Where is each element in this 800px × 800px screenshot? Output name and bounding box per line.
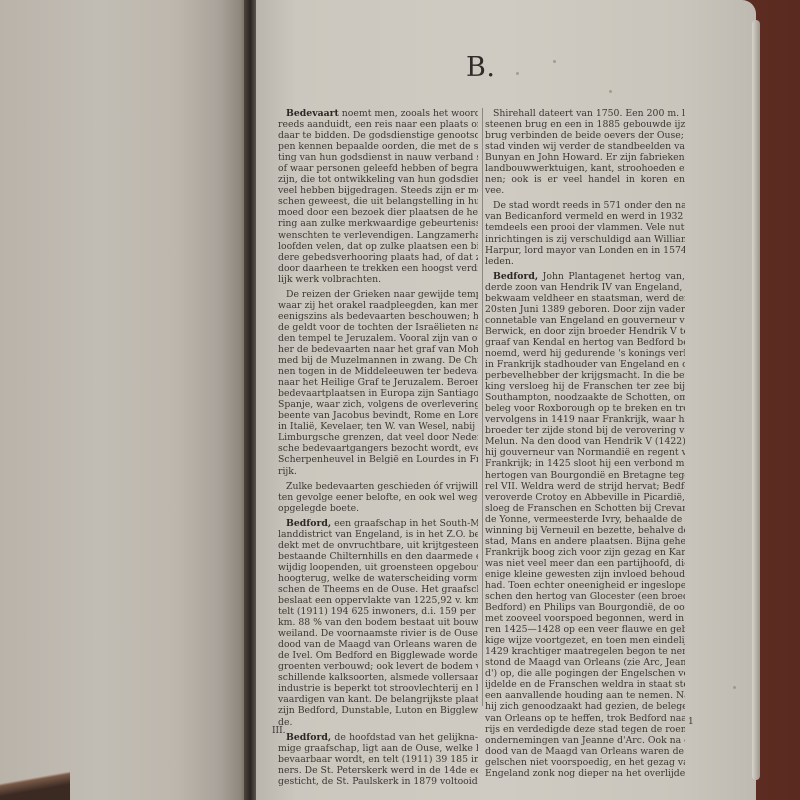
text-line: rijs en verdedigde deze stad tegen de ro… — [485, 724, 685, 735]
line-text: zijn, die tot ontwikkeling van hun godsd… — [278, 174, 478, 185]
line-text: zijn Bedford, Dunstable, Luton en Biggle… — [278, 705, 478, 716]
text-line: ijdelde en de Franschen weldra in staat … — [485, 679, 685, 690]
line-text: bestaande Chilternhills en den daarmede … — [278, 551, 478, 562]
text-line: sche bedevaartgangers bezocht wordt, eve… — [278, 443, 478, 454]
text-line: king versloeg hij de Franschen ter zee b… — [485, 381, 685, 392]
line-text: Frankrijk; in 1425 sloot hij een verbond… — [485, 458, 685, 469]
line-text: enige kleine gewesten zijn invloed behou… — [485, 569, 685, 580]
entry-block: Bedford, een graafschap in het South-Mid… — [278, 518, 478, 728]
line-text: dood van de Maagd van Orleans waren de E… — [485, 746, 685, 757]
text-line: De reizen der Grieken naar gewijde tempe… — [278, 289, 478, 300]
text-line: stond de Maagd van Orleans (zie Arc, Jea… — [485, 657, 685, 668]
text-line: in Frankrijk stadhouder van Engeland en … — [485, 359, 685, 370]
text-line: met zooveel voorspoed begonnen, werd in … — [485, 613, 685, 624]
text-line: reeds aanduidt, een reis naar een plaats… — [278, 119, 478, 130]
line-text: dood van de Maagd van Orleans waren de E… — [278, 639, 478, 650]
line-text: reeds aanduidt, een reis naar een plaats… — [278, 119, 478, 130]
text-line: beente van Jacobus bevindt, Rome en Lore… — [278, 410, 478, 421]
line-text: loofden velen, dat op zulke plaatsen een… — [278, 241, 478, 252]
text-line: Spanje, waar zich, volgens de overleveri… — [278, 399, 478, 410]
line-text: Southampton, noodzaakte de Schotten, om … — [485, 392, 685, 403]
text-line: brug verbinden de beide oevers der Ouse;… — [485, 130, 685, 141]
text-line: 1429 krachtiger maatregelen begon te nem… — [485, 646, 685, 657]
text-line: Zulke bedevaarten geschieden óf vrijwill… — [278, 481, 478, 492]
text-line: de. — [278, 717, 478, 728]
line-text: Harpur, lord mayor van Londen en in 1574… — [485, 245, 685, 256]
line-text: Engeland zonk nog dieper na het overlijd… — [485, 768, 685, 779]
line-text: schen de Theems en de Ouse. Het graafsch… — [278, 584, 478, 595]
line-text: 1429 krachtiger maatregelen begon te nem… — [485, 646, 685, 657]
text-line: lijk werk volbrachten. — [278, 274, 478, 285]
text-line: Shirehall dateert van 1750. Een 200 m. l… — [485, 108, 685, 119]
line-text: derde zoon van Hendrik IV van Engeland, … — [485, 282, 685, 293]
entry-headword: Bedford, — [286, 518, 331, 529]
line-text: of waar personen geleefd hebben of begra… — [278, 163, 478, 174]
text-line: dere gebedsverhooring plaats had, of dat… — [278, 252, 478, 263]
text-line: telt (1911) 194 625 inwoners, d.i. 159 p… — [278, 606, 478, 617]
line-text: beslaat een oppervlakte van 1225,92 v. k… — [278, 595, 478, 606]
text-line: groenten verbouwd; ook levert de bodem v… — [278, 661, 478, 672]
line-text: eenigszins als bedevaarten beschouwen; h… — [278, 311, 478, 322]
line-text: hij zich genoodzaakt had gezien, de bele… — [485, 701, 685, 712]
line-text: ten gevolge eener belofte, en ook wel we… — [278, 492, 478, 503]
line-text: beleg voor Roxborough op te breken en tr… — [485, 403, 685, 414]
line-text: Berwick, en door zijn broeder Hendrik V … — [485, 326, 685, 337]
line-text: van Orleans op te heffen, trok Bedford n… — [485, 713, 685, 724]
line-text: nen togen in de Middeleeuwen ter bedevaa… — [278, 366, 478, 377]
text-line: schillende kalksoorten, alsmede vollersa… — [278, 672, 478, 683]
line-text: winning bij Verneuil en bezette, behalve… — [485, 525, 685, 536]
text-line: ren 1425—1428 op een veer flauwe en gebr… — [485, 624, 685, 635]
text-line: stad vinden wij verder de standbeelden v… — [485, 141, 685, 152]
text-line: vee. — [485, 185, 685, 196]
text-line: stad, Mans en andere plaatsen. Bijna geh… — [485, 536, 685, 547]
book-cover-edge — [0, 760, 70, 800]
text-line: steenen brug en een in 1885 gebouwde ijz… — [485, 119, 685, 130]
line-text: dekt met de onvruchtbare, uit krijtgeste… — [278, 540, 478, 551]
text-line: was niet veel meer dan een partijhoofd, … — [485, 558, 685, 569]
text-line: winning bij Verneuil en bezette, behalve… — [485, 525, 685, 536]
text-line: Melun. Na den dood van Hendrik V (1422) … — [485, 436, 685, 447]
text-line: bedevaartplaatsen in Europa zijn Santiag… — [278, 388, 478, 399]
text-line: veel hebben bijgedragen. Steeds zijn er … — [278, 185, 478, 196]
line-text: den tempel te Jeruzalem. Vooral zijn van… — [278, 333, 478, 344]
text-line: Limburgsche grenzen, dat veel door Neder… — [278, 432, 478, 443]
line-text: ring aan zulke merkwaardige gebeurteniss… — [278, 218, 478, 229]
line-text: d') op, die alle pogingen der Engelschen… — [485, 668, 685, 679]
line-text: wijdig loopenden, uit groensteen opgebou… — [278, 562, 478, 573]
line-text: de Ivel. Om Bedford en Bigglewade worden… — [278, 650, 478, 661]
line-text: De stad wordt reeds in 571 onder den naa… — [493, 200, 685, 211]
line-text: landbouwwerktuigen, kant, stroohoeden en… — [485, 163, 685, 174]
line-text: stond de Maagd van Orleans (zie Arc, Jea… — [485, 657, 685, 668]
line-text: noemd, werd hij gedurende 's konings ver… — [485, 348, 685, 359]
left-text-column: Bedevaart noemt men, zooals het woordree… — [278, 108, 478, 787]
text-line: beleg voor Roxborough op te breken en tr… — [485, 403, 685, 414]
line-text: stad, Mans en andere plaatsen. Bijna geh… — [485, 536, 685, 547]
text-line: her de bedevaarten naar het graf van Moh… — [278, 344, 478, 355]
text-line: Scherpenheuvel in België en Lourdes in F… — [278, 454, 478, 465]
text-line: dekt met de onvruchtbare, uit krijtgeste… — [278, 540, 478, 551]
line-text: van Bedicanford vermeld en werd in 1932 … — [485, 211, 685, 222]
line-text: De reizen der Grieken naar gewijde tempe… — [286, 289, 478, 300]
text-line: gelschen niet voorspoedig, en het gezag … — [485, 757, 685, 768]
entry-headword: Bedford, — [493, 271, 538, 282]
text-line: perbevelhebber der krijgsmacht. In die b… — [485, 370, 685, 381]
line-text: pen kennen bepaalde oorden, die met de s… — [278, 141, 478, 152]
line-text: Bedford) en Philips van Bourgondië, de o… — [485, 602, 685, 613]
text-line: bekwaam veldheer en staatsman, werd den — [485, 293, 685, 304]
line-text: naar het Heilige Graf te Jeruzalem. Bero… — [278, 377, 478, 388]
line-text: opgelegde boete. — [278, 503, 359, 514]
text-line: wijdig loopenden, uit groensteen opgebou… — [278, 562, 478, 573]
text-line: landbouwwerktuigen, kant, stroohoeden en… — [485, 163, 685, 174]
right-text-column: Shirehall dateert van 1750. Een 200 m. l… — [485, 108, 685, 779]
line-text: perbevelhebber der krijgsmacht. In die b… — [485, 370, 685, 381]
text-line: mige graafschap, ligt aan de Ouse, welke… — [278, 743, 478, 754]
line-text: Zulke bedevaarten geschieden óf vrijwill… — [286, 481, 478, 492]
text-line: connetable van Engeland en gouverneur va… — [485, 315, 685, 326]
line-text: industrie is beperkt tot stroovlechterij… — [278, 683, 478, 694]
line-text: dere gebedsverhooring plaats had, of dat… — [278, 252, 478, 263]
text-line: weiland. De voornaamste rivier is de Ous… — [278, 628, 478, 639]
text-line: opgelegde boete. — [278, 503, 478, 514]
line-text: telt (1911) 194 625 inwoners, d.i. 159 p… — [278, 606, 478, 617]
line-text: wenschten te verlevendigen. Langzamerhan… — [278, 230, 478, 241]
paper-speck — [516, 72, 519, 75]
text-line: zijn Bedford, Dunstable, Luton en Biggle… — [278, 705, 478, 716]
text-line: d') op, die alle pogingen der Engelschen… — [485, 668, 685, 679]
text-line: schen de Theems en de Ouse. Het graafsch… — [278, 584, 478, 595]
entry-block: Shirehall dateert van 1750. Een 200 m. l… — [485, 108, 685, 196]
line-text: lijk werk volbrachten. — [278, 274, 381, 285]
text-line: Southampton, noodzaakte de Schotten, om … — [485, 392, 685, 403]
text-line: loofden velen, dat op zulke plaatsen een… — [278, 241, 478, 252]
text-line: bevaarbaar wordt, en telt (1911) 39 185 … — [278, 754, 478, 765]
line-text: schen geweest, die uit belangstelling in… — [278, 196, 478, 207]
left-page-blank — [0, 0, 250, 800]
text-line: wenschten te verlevendigen. Langzamerhan… — [278, 230, 478, 241]
line-text: vaardigen van kant. De belangrijkste pla… — [278, 694, 478, 705]
line-text: Bunyan en John Howard. Er zijn fabrieken… — [485, 152, 685, 163]
line-text: connetable van Engeland en gouverneur va… — [485, 315, 685, 326]
text-line: van Orleans op te heffen, trok Bedford n… — [485, 713, 685, 724]
line-text: gelschen niet voorspoedig, en het gezag … — [485, 757, 685, 768]
text-line: Bunyan en John Howard. Er zijn fabrieken… — [485, 152, 685, 163]
line-text: rel VII. Weldra werd de strijd hervat; B… — [485, 481, 685, 492]
text-line: med bij de Muzelmannen in zwang. De Chri… — [278, 355, 478, 366]
text-line: pen kennen bepaalde oorden, die met de s… — [278, 141, 478, 152]
text-line: Frankrijk boog zich voor zijn gezag en K… — [485, 547, 685, 558]
line-text: was niet veel meer dan een partijhoofd, … — [485, 558, 685, 569]
line-text: een graafschap in het South-Mid- — [331, 518, 478, 529]
line-text: John Plantagenet hertog van, — [538, 271, 685, 282]
line-text: Spanje, waar zich, volgens de overleveri… — [278, 399, 478, 410]
entry-headword: Bedford, — [286, 732, 331, 743]
text-line: waar zij het orakel raadpleegden, kan me… — [278, 300, 478, 311]
line-text: beente van Jacobus bevindt, Rome en Lore… — [278, 410, 478, 421]
text-line: De stad wordt reeds in 571 onder den naa… — [485, 200, 685, 211]
line-text: Shirehall dateert van 1750. Een 200 m. l… — [493, 108, 685, 119]
text-line: dood van de Maagd van Orleans waren de E… — [278, 639, 478, 650]
line-text: kige wijze voortgezet, en toen men einde… — [485, 635, 685, 646]
text-line: inrichtingen is zij verschuldigd aan Wil… — [485, 234, 685, 245]
line-text: ners. De St. Peterskerk werd in de 14de … — [278, 765, 478, 776]
line-text: veel hebben bijgedragen. Steeds zijn er … — [278, 185, 478, 196]
line-text: waar zij het orakel raadpleegden, kan me… — [278, 300, 478, 311]
line-text: gesticht, de St. Paulskerk in 1879 volto… — [278, 776, 478, 787]
text-line: Engeland zonk nog dieper na het overlijd… — [485, 768, 685, 779]
text-line: had. Toen echter oneenigheid er ingeslop… — [485, 580, 685, 591]
line-text: door daarheen te trekken een hoogst verd… — [278, 263, 478, 274]
text-line: moed door een bezoek dier plaatsen de he… — [278, 207, 478, 218]
text-line: broeder ter zijde stond bij de veroverin… — [485, 425, 685, 436]
line-text: bevaarbaar wordt, en telt (1911) 39 185 … — [278, 754, 478, 765]
text-line: vaardigen van kant. De belangrijkste pla… — [278, 694, 478, 705]
text-line: de geldt voor de tochten der Israëlieten… — [278, 322, 478, 333]
text-line: zijn, die tot ontwikkeling van hun godsd… — [278, 174, 478, 185]
folio-signature: III. — [272, 726, 286, 736]
text-line: ners. De St. Peterskerk werd in de 14de … — [278, 765, 478, 776]
text-line: door daarheen te trekken een hoogst verd… — [278, 263, 478, 274]
line-text: hertogen van Bourgondië en Bretagne tege… — [485, 470, 685, 481]
line-text: ting van hun godsdienst in nauw verband … — [278, 152, 478, 163]
line-text: steenen brug en een in 1885 gebouwde ijz… — [485, 119, 685, 130]
text-line: industrie is beperkt tot stroovlechterij… — [278, 683, 478, 694]
text-line: noemd, werd hij gedurende 's konings ver… — [485, 348, 685, 359]
line-text: weiland. De voornaamste rivier is de Ous… — [278, 628, 478, 639]
column-divider — [482, 108, 483, 706]
text-line: de Ivel. Om Bedford en Bigglewade worden… — [278, 650, 478, 661]
paper-speck — [733, 686, 736, 689]
text-line: derde zoon van Hendrik IV van Engeland, … — [485, 282, 685, 293]
entry-block: Zulke bedevaarten geschieden óf vrijwill… — [278, 481, 478, 514]
text-line: den tempel te Jeruzalem. Vooral zijn van… — [278, 333, 478, 344]
section-letter-heading: B. — [466, 52, 495, 83]
line-text: had. Toen echter oneenigheid er ingeslop… — [485, 580, 685, 591]
text-line: Bedevaart noemt men, zooals het woord — [278, 108, 478, 119]
entry-block: Bedford, de hoofdstad van het gelijkna-m… — [278, 732, 478, 787]
signature-number: 1 — [688, 717, 694, 727]
text-line: Bedford, de hoofdstad van het gelijkna- — [278, 732, 478, 743]
line-text: inrichtingen is zij verschuldigd aan Wil… — [485, 234, 685, 245]
text-line: nen togen in de Middeleeuwen ter bedevaa… — [278, 366, 478, 377]
line-text: schen den hertog van Glocester (een broe… — [485, 591, 685, 602]
line-text: nen; ook is er veel handel in koren en — [485, 174, 685, 185]
text-line: hoogterug, welke de waterscheiding vormt… — [278, 573, 478, 584]
text-line: Frankrijk; in 1425 sloot hij een verbond… — [485, 458, 685, 469]
line-text: sloeg de Franschen en Schotten bij Creva… — [485, 503, 685, 514]
line-text: hij gouverneur van Normandië en regent v… — [485, 447, 685, 458]
line-text: moed door een bezoek dier plaatsen de he… — [278, 207, 478, 218]
line-text: sche bedevaartgangers bezocht wordt, eve… — [278, 443, 478, 454]
line-text: Limburgsche grenzen, dat veel door Neder… — [278, 432, 478, 443]
text-line: hertogen van Bourgondië en Bretagne tege… — [485, 470, 685, 481]
line-text: veroverde Crotoy en Abbeville in Picardi… — [485, 492, 685, 503]
line-text: de hoofdstad van het gelijkna- — [331, 732, 478, 743]
text-line: Harpur, lord mayor van Londen en in 1574… — [485, 245, 685, 256]
line-text: 20sten Juni 1389 geboren. Door zijn vade… — [485, 304, 685, 315]
entry-headword: Bedevaart — [286, 108, 339, 119]
text-line: ondernemingen van Jeanne d'Arc. Ook na d… — [485, 735, 685, 746]
line-text: stad vinden wij verder de standbeelden v… — [485, 141, 685, 152]
text-line: ting van hun godsdienst in nauw verband … — [278, 152, 478, 163]
text-line: dood van de Maagd van Orleans waren de E… — [485, 746, 685, 757]
text-line: daar te bidden. De godsdienstige genoots… — [278, 130, 478, 141]
line-text: noemt men, zooals het woord — [339, 108, 478, 119]
line-text: her de bedevaarten naar het graf van Moh… — [278, 344, 478, 355]
line-text: Scherpenheuvel in België en Lourdes in F… — [278, 454, 478, 465]
text-line: km. 88 % van den bodem bestaat uit bouw-… — [278, 617, 478, 628]
line-text: ondernemingen van Jeanne d'Arc. Ook na d… — [485, 735, 685, 746]
text-line: nen; ook is er veel handel in koren en — [485, 174, 685, 185]
text-line: ring aan zulke merkwaardige gebeurteniss… — [278, 218, 478, 229]
line-text: km. 88 % van den bodem bestaat uit bouw-… — [278, 617, 478, 628]
line-text: hoogterug, welke de waterscheiding vormt… — [278, 573, 478, 584]
line-text: vee. — [485, 185, 504, 196]
line-text: de geldt voor de tochten der Israëlieten… — [278, 322, 478, 333]
line-text: leden. — [485, 256, 514, 267]
line-text: een aanvallende houding aan te nemen. Na… — [485, 690, 685, 701]
line-text: groenten verbouwd; ook levert de bodem v… — [278, 661, 478, 672]
text-line: de Yonne, vermeesterde Ivry, behaalde de… — [485, 514, 685, 525]
line-text: met zooveel voorspoed begonnen, werd in … — [485, 613, 685, 624]
line-text: Frankrijk boog zich voor zijn gezag en K… — [485, 547, 685, 558]
entry-block: De stad wordt reeds in 571 onder den naa… — [485, 200, 685, 266]
text-line: landdistrict van Engeland, is in het Z.O… — [278, 529, 478, 540]
text-line: Bedford, John Plantagenet hertog van, — [485, 271, 685, 282]
line-text: bekwaam veldheer en staatsman, werd den — [485, 293, 685, 304]
line-text: in Frankrijk stadhouder van Engeland en … — [485, 359, 685, 370]
text-line: vervolgens in 1419 naar Frankrijk, waar … — [485, 414, 685, 425]
paper-speck — [553, 60, 556, 63]
line-text: mige graafschap, ligt aan de Ouse, welke… — [278, 743, 478, 754]
text-line: leden. — [485, 256, 685, 267]
line-text: brug verbinden de beide oevers der Ouse;… — [485, 130, 685, 141]
text-line: eenigszins als bedevaarten beschouwen; h… — [278, 311, 478, 322]
text-line: Berwick, en door zijn broeder Hendrik V … — [485, 326, 685, 337]
line-text: de Yonne, vermeesterde Ivry, behaalde de… — [485, 514, 685, 525]
line-text: Melun. Na den dood van Hendrik V (1422) … — [485, 436, 685, 447]
line-text: ijdelde en de Franschen weldra in staat … — [485, 679, 685, 690]
text-line: ten gevolge eener belofte, en ook wel we… — [278, 492, 478, 503]
text-line: temdeels een prooi der vlammen. Vele nut… — [485, 222, 685, 233]
text-line: hij zich genoodzaakt had gezien, de bele… — [485, 701, 685, 712]
text-line: bestaande Chilternhills en den daarmede … — [278, 551, 478, 562]
text-line: van Bedicanford vermeld en werd in 1932 … — [485, 211, 685, 222]
line-text: med bij de Muzelmannen in zwang. De Chri… — [278, 355, 478, 366]
line-text: ren 1425—1428 op een veer flauwe en gebr… — [485, 624, 685, 635]
entry-block: Bedford, John Plantagenet hertog van,der… — [485, 271, 685, 779]
line-text: king versloeg hij de Franschen ter zee b… — [485, 381, 685, 392]
line-text: rijk. — [278, 466, 297, 477]
text-line: hij gouverneur van Normandië en regent v… — [485, 447, 685, 458]
text-line: veroverde Crotoy en Abbeville in Picardi… — [485, 492, 685, 503]
text-line: enige kleine gewesten zijn invloed behou… — [485, 569, 685, 580]
text-line: beslaat een oppervlakte van 1225,92 v. k… — [278, 595, 478, 606]
text-line: rijk. — [278, 466, 478, 477]
line-text: in Italië, Kevelaer, ten W. van Wesel, n… — [278, 421, 478, 432]
text-line: sloeg de Franschen en Schotten bij Creva… — [485, 503, 685, 514]
line-text: landdistrict van Engeland, is in het Z.O… — [278, 529, 478, 540]
entry-block: Bedevaart noemt men, zooals het woordree… — [278, 108, 478, 285]
text-line: schen den hertog van Glocester (een broe… — [485, 591, 685, 602]
text-line: naar het Heilige Graf te Jeruzalem. Bero… — [278, 377, 478, 388]
text-line: in Italië, Kevelaer, ten W. van Wesel, n… — [278, 421, 478, 432]
line-text: daar te bidden. De godsdienstige genoots… — [278, 130, 478, 141]
line-text: graaf van Kendal en hertog van Bedford b… — [485, 337, 685, 348]
text-line: of waar personen geleefd hebben of begra… — [278, 163, 478, 174]
line-text: rijs en verdedigde deze stad tegen de ro… — [485, 724, 685, 735]
text-line: rel VII. Weldra werd de strijd hervat; B… — [485, 481, 685, 492]
text-line: gesticht, de St. Paulskerk in 1879 volto… — [278, 776, 478, 787]
text-line: graaf van Kendal en hertog van Bedford b… — [485, 337, 685, 348]
text-line: Bedford) en Philips van Bourgondië, de o… — [485, 602, 685, 613]
line-text: vervolgens in 1419 naar Frankrijk, waar … — [485, 414, 685, 425]
line-text: temdeels een prooi der vlammen. Vele nut… — [485, 222, 685, 233]
text-line: kige wijze voortgezet, en toen men einde… — [485, 635, 685, 646]
line-text: broeder ter zijde stond bij de veroverin… — [485, 425, 685, 436]
text-line: een aanvallende houding aan te nemen. Na… — [485, 690, 685, 701]
text-line: 20sten Juni 1389 geboren. Door zijn vade… — [485, 304, 685, 315]
line-text: bedevaartplaatsen in Europa zijn Santiag… — [278, 388, 478, 399]
text-line: schen geweest, die uit belangstelling in… — [278, 196, 478, 207]
paper-speck — [609, 90, 612, 93]
line-text: schillende kalksoorten, alsmede vollersa… — [278, 672, 478, 683]
entry-block: De reizen der Grieken naar gewijde tempe… — [278, 289, 478, 477]
text-line: Bedford, een graafschap in het South-Mid… — [278, 518, 478, 529]
